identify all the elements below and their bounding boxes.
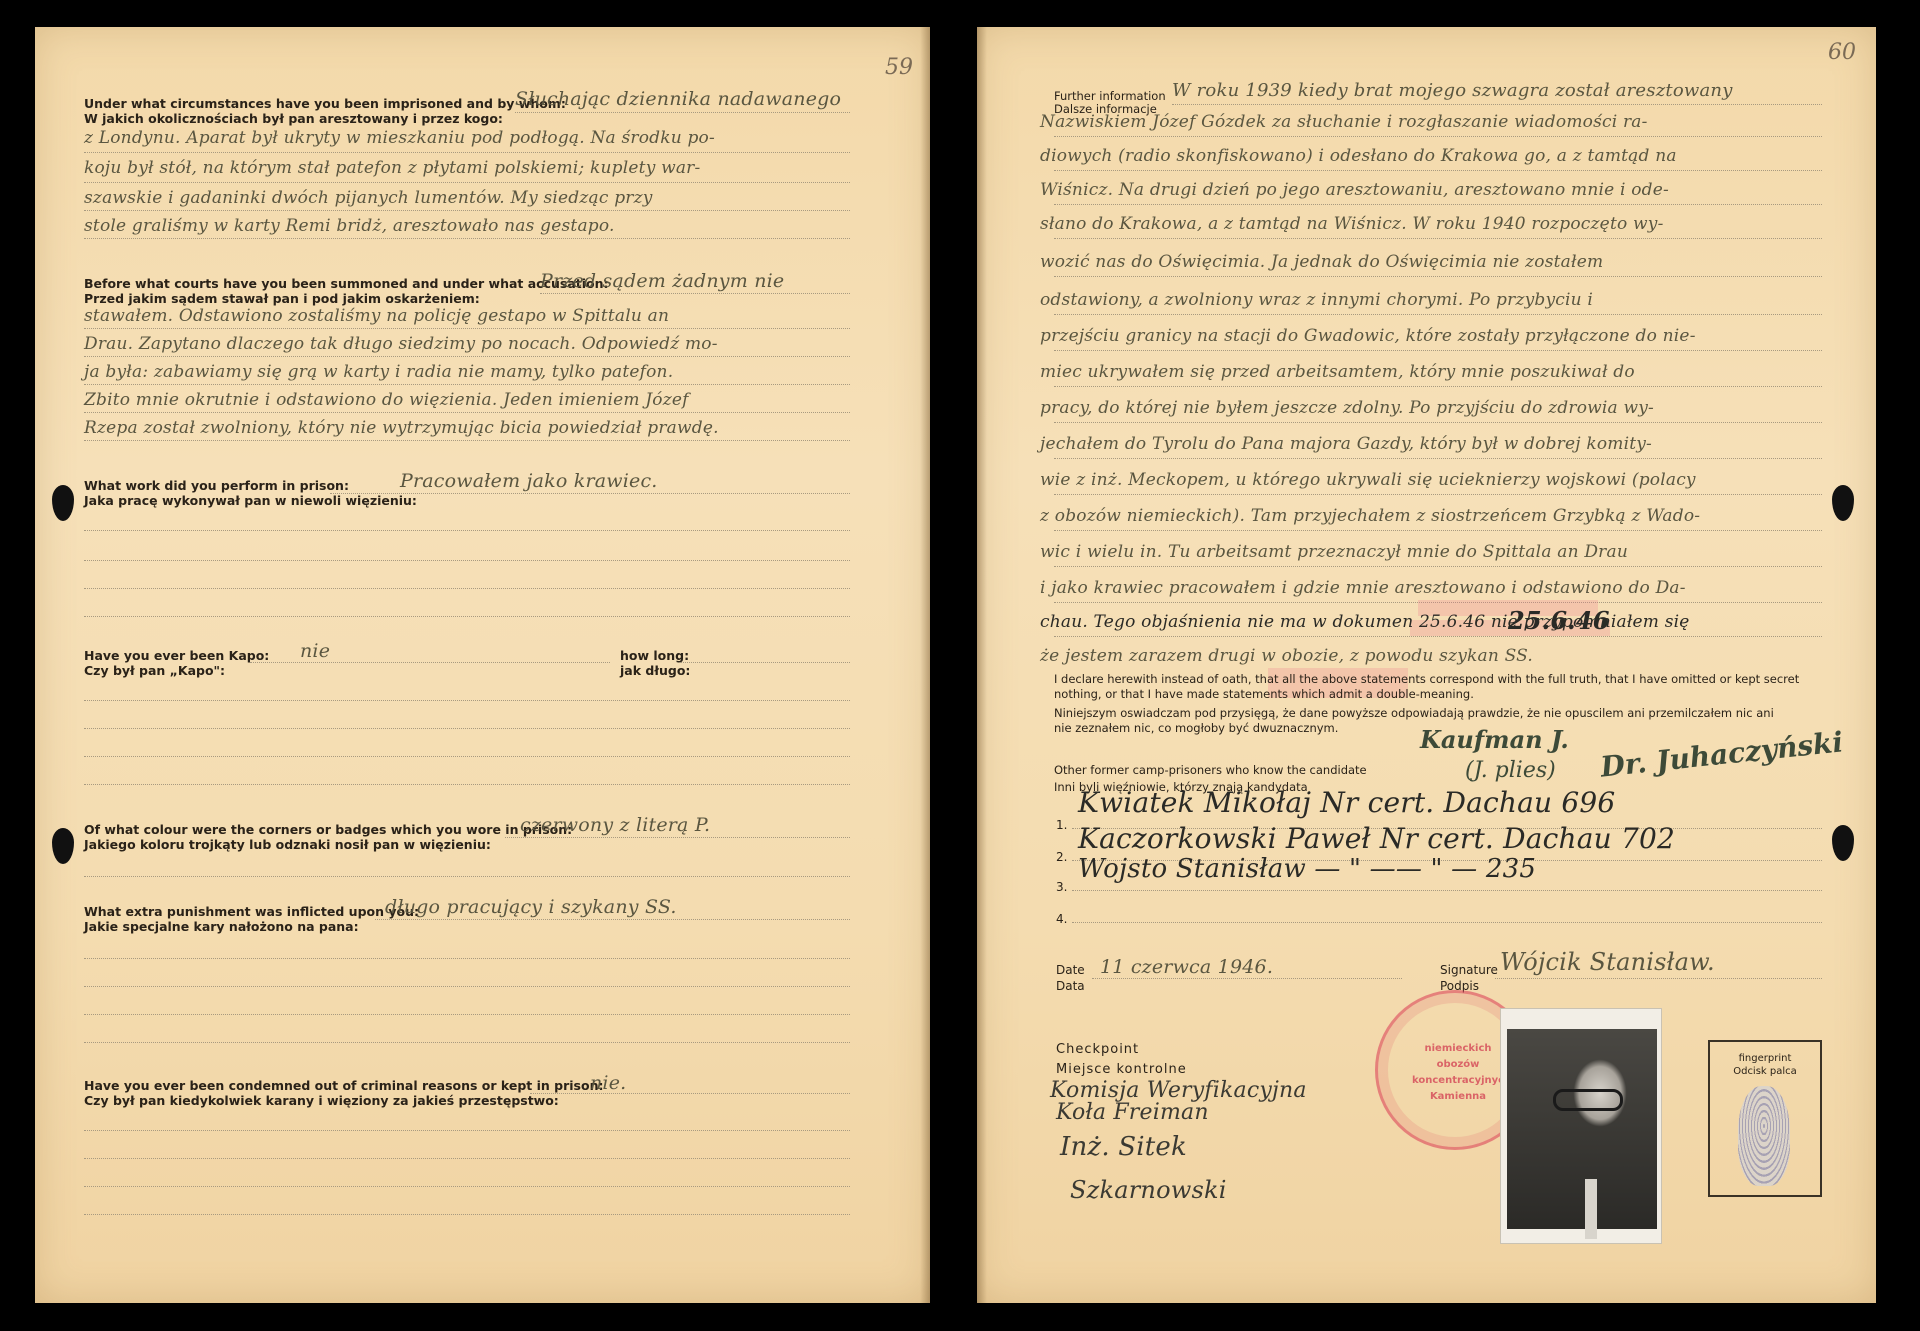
- further-info-line: jechałem do Tyrolu do Pana majora Gazdy,…: [1040, 434, 1652, 454]
- prisoner-row-number: 2.: [1056, 850, 1067, 865]
- question-badge-colour: Of what colour were the corners or badge…: [84, 822, 572, 852]
- further-info-line: odstawiony, a zwolniony wraz z innymi ch…: [1040, 290, 1593, 310]
- answer-line: Przed sądem żadnym nie: [540, 270, 784, 292]
- answer-line: Zbito mnie okrutnie i odstawiono do więz…: [84, 390, 689, 410]
- further-info-line: miec ukrywałem się przed arbeitsamtem, k…: [1040, 362, 1635, 382]
- further-info-line: wie z inż. Meckopem, u którego ukrywali …: [1040, 470, 1696, 490]
- answer-line: ja była: zabawiamy się grą w karty i rad…: [84, 362, 673, 382]
- checkpoint-line: Koła Freiman: [1056, 1100, 1209, 1125]
- further-info-line: W roku 1939 kiedy brat mojego szwagra zo…: [1172, 80, 1733, 101]
- question-courts: Before what courts have you been summone…: [84, 276, 609, 306]
- further-info-line: wic i wielu in. Tu arbeitsamt przeznaczy…: [1040, 542, 1628, 562]
- prisoner-row: Wojsto Stanisław — " —— " — 235: [1078, 854, 1536, 884]
- declaration-en: I declare herewith instead of oath, that…: [1054, 672, 1824, 702]
- prisoner-row: Kwiatek Mikołaj Nr cert. Dachau 696: [1078, 786, 1615, 819]
- further-info-line: pracy, do której nie byłem jeszcze zdoln…: [1040, 398, 1654, 418]
- answer-line: stawałem. Odstawiono zostaliśmy na polic…: [84, 306, 669, 326]
- further-info-line: słano do Krakowa, a z tamtąd na Wiśnicz.…: [1040, 214, 1664, 234]
- answer-line: czerwony z literą P.: [520, 814, 710, 836]
- checkpoint-label: Checkpoint Miejsce kontrolne: [1056, 1040, 1187, 1080]
- further-info-line: diowych (radio skonfiskowano) i odesłano…: [1040, 146, 1677, 166]
- further-info-line: wozić nas do Oświęcimia. Ja jednak do Oś…: [1040, 252, 1603, 272]
- portrait-image: [1507, 1029, 1657, 1229]
- further-info-line: że jestem zarazem drugi w obozie, z powo…: [1040, 646, 1533, 666]
- answer-line: Rzepa został zwolniony, który nie wytrzy…: [84, 418, 719, 438]
- question-kapo: Have you ever been Kapo: Czy był pan „Ka…: [84, 648, 269, 678]
- answer-line: Słuchając dziennika nadawanego: [515, 88, 841, 110]
- checkpoint-line: Inż. Sitek: [1060, 1132, 1187, 1162]
- answer-line: Pracowałem jako krawiec.: [400, 470, 658, 492]
- prisoner-row: Kaczorkowski Paweł Nr cert. Dachau 702: [1078, 822, 1675, 855]
- prisoner-row-number: 1.: [1056, 818, 1067, 833]
- answer-line: długo pracujący i szykany SS.: [385, 896, 677, 918]
- candidate-photo: [1500, 1008, 1662, 1244]
- answer-line: stole graliśmy w karty Remi bridż, aresz…: [84, 216, 615, 236]
- page-number-right: 60: [1828, 40, 1856, 65]
- checkpoint-line: Szkarnowski: [1070, 1176, 1227, 1204]
- page-number-left: 59: [885, 55, 913, 80]
- date-label: Date Data: [1056, 962, 1085, 994]
- prisoner-row-number: 3.: [1056, 880, 1067, 895]
- stamp-date: 25.6.46: [1508, 606, 1610, 635]
- answer-line: szawskie i gadaninki dwóch pijanych lume…: [84, 188, 653, 208]
- date-value: 11 czerwca 1946.: [1100, 956, 1273, 978]
- further-info-line: i jako krawiec pracowałem i gdzie mnie a…: [1040, 578, 1686, 598]
- further-info-line: z obozów niemieckich). Tam przyjechałem …: [1040, 506, 1700, 526]
- fingerprint-box: fingerprint Odcisk palca: [1708, 1040, 1822, 1197]
- further-info-line: przejściu granicy na stacji do Gwadowic,…: [1040, 326, 1696, 346]
- answer-line: Drau. Zapytano dlaczego tak długo siedzi…: [84, 334, 718, 354]
- fingerprint-icon: [1738, 1086, 1790, 1186]
- question-punishment: What extra punishment was inflicted upon…: [84, 904, 419, 934]
- answer-line: nie.: [590, 1072, 626, 1094]
- question-criminal-record: Have you ever been condemned out of crim…: [84, 1078, 603, 1108]
- prisoner-row-number: 4.: [1056, 912, 1067, 927]
- tie: [1585, 1179, 1597, 1239]
- answer-line: nie: [300, 640, 330, 662]
- answer-line: z Londynu. Aparat był ukryty w mieszkani…: [84, 128, 715, 148]
- further-info-line: Nazwiskiem Józef Gózdek za słuchanie i r…: [1040, 112, 1648, 132]
- signature-value: Wójcik Stanisław.: [1500, 948, 1715, 976]
- glasses: [1553, 1089, 1623, 1111]
- answer-line: koju był stół, na którym stał patefon z …: [84, 158, 700, 178]
- witness-signature: Kaufman J.: [1420, 725, 1569, 754]
- further-info-line: Wiśnicz. Na drugi dzień po jego aresztow…: [1040, 180, 1669, 200]
- witness-signature: (J. plies): [1465, 758, 1556, 783]
- question-circumstances: Under what circumstances have you been i…: [84, 96, 566, 126]
- question-kapo-duration: how long: jak długo:: [620, 648, 690, 678]
